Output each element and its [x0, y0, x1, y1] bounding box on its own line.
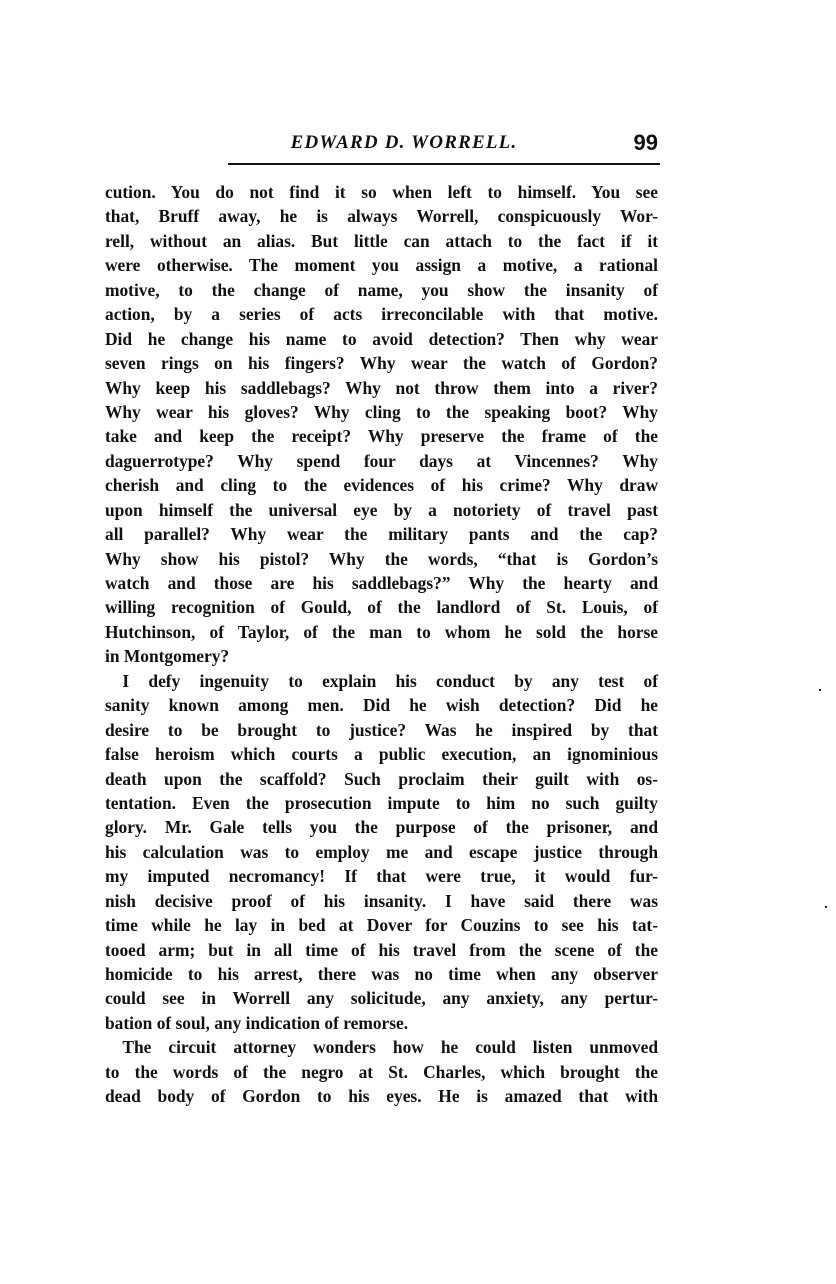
- text-line: nish decisive proof of his insanity. I h…: [105, 889, 658, 913]
- text-line: upon himself the universal eye by a noto…: [105, 498, 658, 522]
- text-line: sanity known among men. Did he wish dete…: [105, 693, 658, 717]
- page-number: 99: [634, 130, 658, 156]
- text-line: Why show his pistol? Why the words, “tha…: [105, 547, 658, 571]
- text-line: The circuit attorney wonders how he coul…: [105, 1035, 658, 1059]
- text-line: daguerrotype? Why spend four days at Vin…: [105, 449, 658, 473]
- scan-speck: [825, 906, 827, 908]
- text-line: homicide to his arrest, there was no tim…: [105, 962, 658, 986]
- text-line: time while he lay in bed at Dover for Co…: [105, 913, 658, 937]
- text-line: were otherwise. The moment you assign a …: [105, 253, 658, 277]
- text-line: Did he change his name to avoid detectio…: [105, 327, 658, 351]
- text-line: death upon the scaffold? Such proclaim t…: [105, 767, 658, 791]
- text-line: seven rings on his fingers? Why wear the…: [105, 351, 658, 375]
- text-line: motive, to the change of name, you show …: [105, 278, 658, 302]
- text-line: all parallel? Why wear the military pant…: [105, 522, 658, 546]
- text-line: his calculation was to employ me and esc…: [105, 840, 658, 864]
- header-rule: [228, 163, 660, 165]
- body-text: cution. You do not find it so when left …: [105, 180, 658, 1109]
- text-line: Why keep his saddlebags? Why not throw t…: [105, 376, 658, 400]
- text-line: glory. Mr. Gale tells you the purpose of…: [105, 815, 658, 839]
- text-line: cherish and cling to the evidences of hi…: [105, 473, 658, 497]
- text-line: watch and those are his saddlebags?” Why…: [105, 571, 658, 595]
- text-line: tentation. Even the prosecution impute t…: [105, 791, 658, 815]
- scan-speck: [819, 689, 821, 691]
- text-line: Why wear his gloves? Why cling to the sp…: [105, 400, 658, 424]
- text-line: to the words of the negro at St. Charles…: [105, 1060, 658, 1084]
- book-page: EDWARD D. WORRELL. 99 cution. You do not…: [0, 0, 836, 1284]
- running-head-title: EDWARD D. WORRELL.: [244, 132, 564, 154]
- text-line: in Montgomery?: [105, 644, 658, 668]
- text-line: I defy ingenuity to explain his conduct …: [105, 669, 658, 693]
- text-line: rell, without an alias. But little can a…: [105, 229, 658, 253]
- text-line: desire to be brought to justice? Was he …: [105, 718, 658, 742]
- text-line: that, Bruff away, he is always Worrell, …: [105, 204, 658, 228]
- text-line: Hutchinson, of Taylor, of the man to who…: [105, 620, 658, 644]
- text-line: could see in Worrell any solicitude, any…: [105, 986, 658, 1010]
- running-head: EDWARD D. WORRELL. 99: [228, 128, 660, 162]
- text-line: false heroism which courts a public exec…: [105, 742, 658, 766]
- text-line: take and keep the receipt? Why preserve …: [105, 424, 658, 448]
- text-line: cution. You do not find it so when left …: [105, 180, 658, 204]
- text-line: bation of soul, any indication of remors…: [105, 1011, 658, 1035]
- text-line: dead body of Gordon to his eyes. He is a…: [105, 1084, 658, 1108]
- text-line: tooed arm; but in all time of his travel…: [105, 938, 658, 962]
- text-line: willing recognition of Gould, of the lan…: [105, 595, 658, 619]
- text-line: my imputed necromancy! If that were true…: [105, 864, 658, 888]
- text-line: action, by a series of acts irreconcilab…: [105, 302, 658, 326]
